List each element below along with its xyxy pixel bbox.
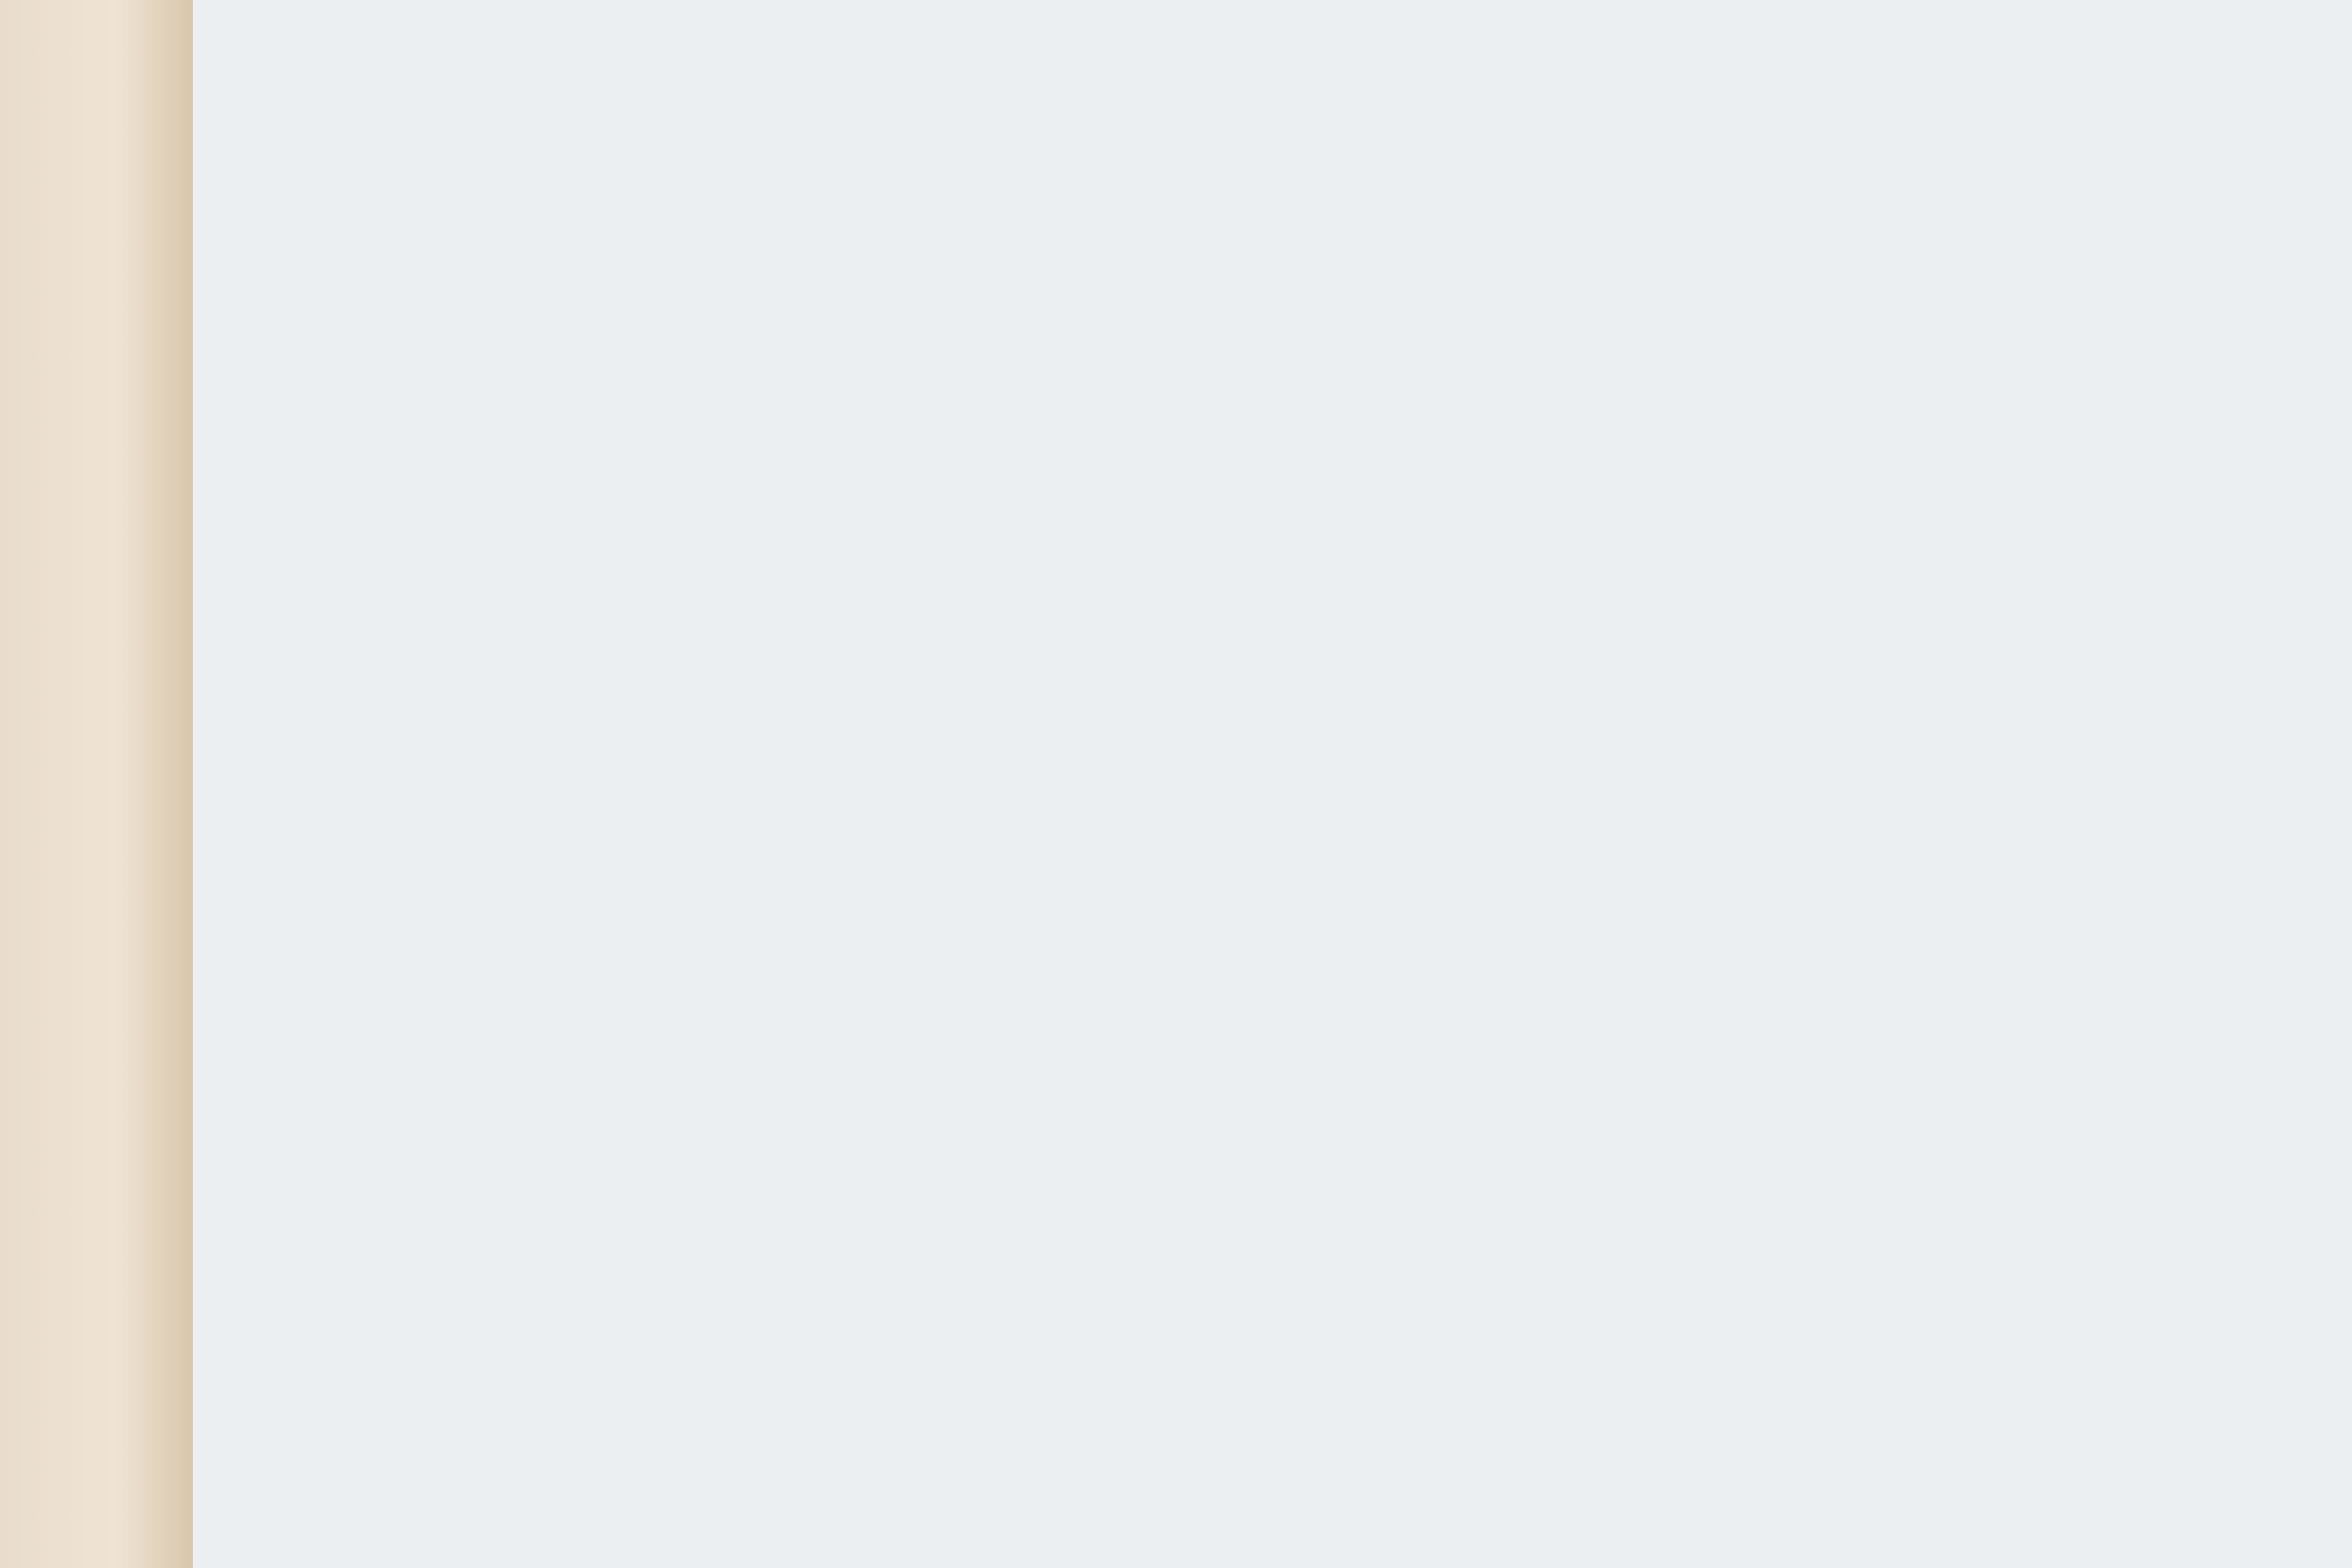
handwritten-letter	[0, 0, 193, 1568]
